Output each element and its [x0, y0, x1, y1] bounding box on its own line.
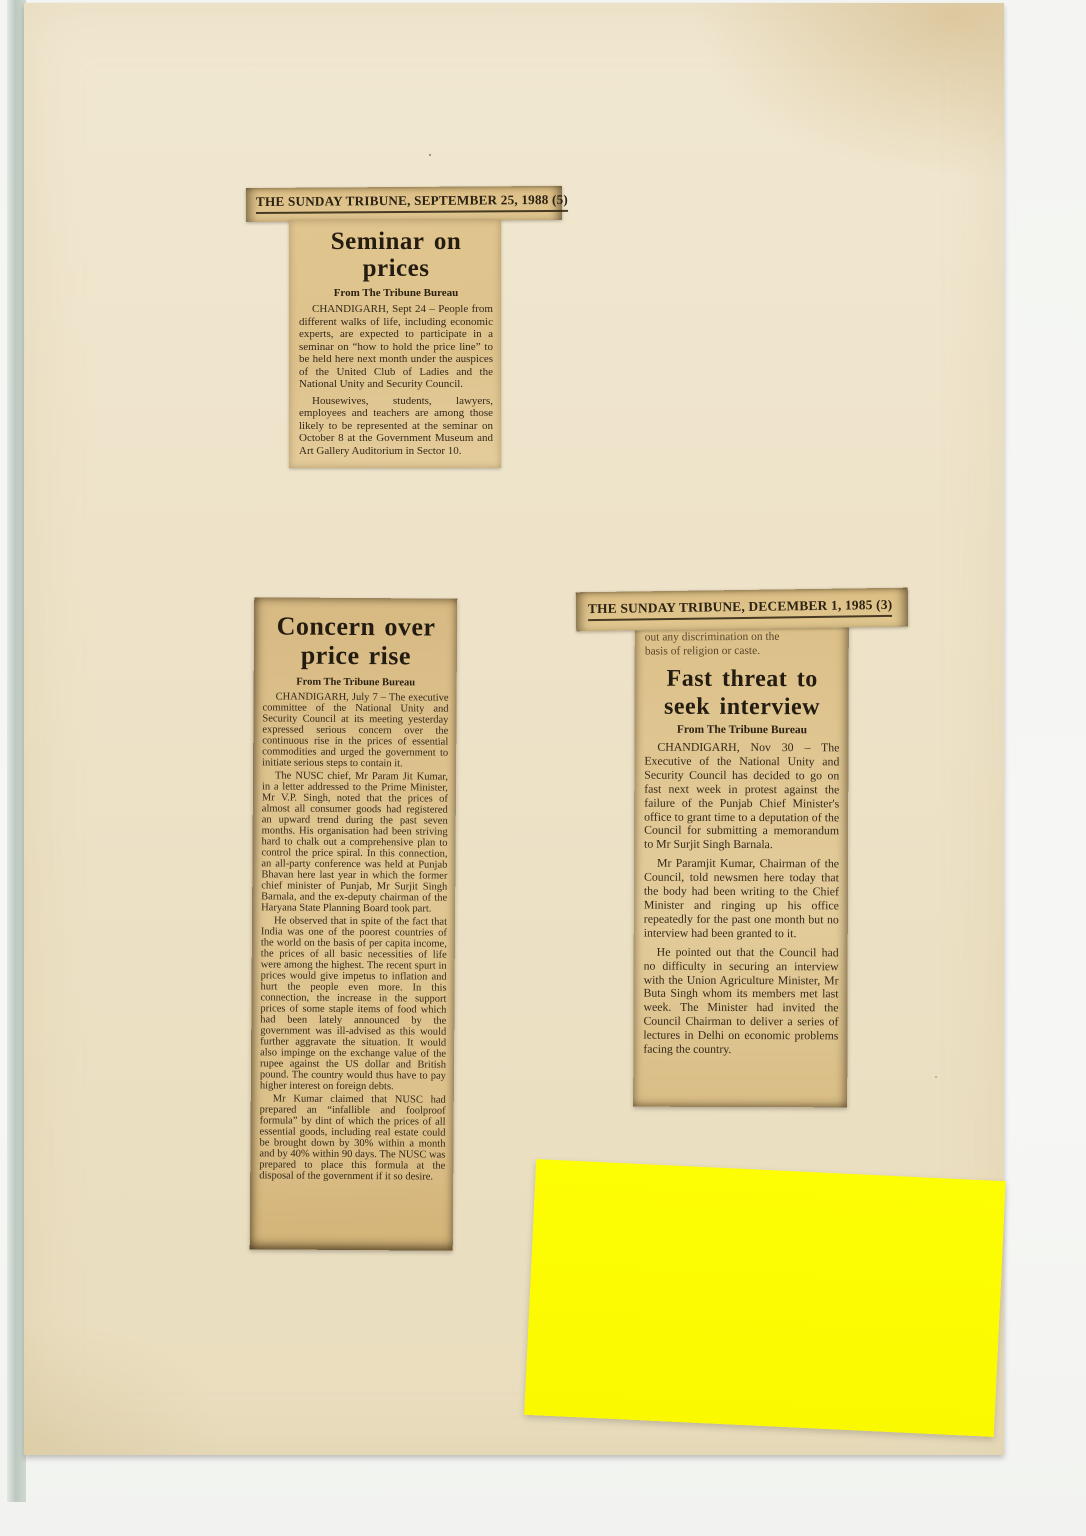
fragment-line: basis of religion or caste. [645, 643, 840, 658]
fragment-line: out any discrimination on the [645, 629, 840, 644]
article-paragraph: Mr Paramjit Kumar, Chairman of the Counc… [644, 857, 839, 941]
article-paragraph: He pointed out that the Council had no d… [643, 945, 838, 1057]
article-fragment: out any discrimination on the basis of r… [645, 629, 840, 658]
clipping-fast-threat-to-seek-interview: out any discrimination on the basis of r… [633, 624, 849, 1108]
masthead-text: THE SUNDAY TRIBUNE, SEPTEMBER 25, 1988 (… [256, 192, 568, 214]
article-paragraph: Mr Kumar claimed that NUSC had prepared … [259, 1093, 446, 1182]
clipping-concern-over-price-rise: Concern over price rise From The Tribune… [250, 597, 458, 1250]
byline: From The Tribune Bureau [263, 676, 449, 688]
article-paragraph: CHANDIGARH, Sept 24 – People from differ… [299, 303, 493, 391]
yellow-note-card [524, 1159, 1006, 1437]
headline-fast-threat-to-seek-interview: Fast threat to seek interview [645, 665, 840, 722]
article-paragraph: CHANDIGARH, July 7 – The executive commi… [262, 691, 449, 769]
headline-concern-over-price-rise: Concern over price rise [263, 611, 449, 670]
masthead-text: THE SUNDAY TRIBUNE, DECEMBER 1, 1985 (3) [588, 597, 893, 621]
headline-seminar-on-prices: Seminar on prices [299, 228, 493, 282]
article-paragraph: CHANDIGARH, Nov 30 – The Executive of th… [644, 741, 839, 853]
article-paragraph: The NUSC chief, Mr Param Jit Kumar, in a… [261, 770, 448, 914]
scanned-album-page: THE SUNDAY TRIBUNE, SEPTEMBER 25, 1988 (… [0, 0, 1086, 1536]
masthead-sunday-tribune-1988: THE SUNDAY TRIBUNE, SEPTEMBER 25, 1988 (… [246, 186, 562, 222]
article-paragraph: He observed that in spite of the fact th… [260, 915, 447, 1092]
article-paragraph: Housewives, students, lawyers, employees… [299, 395, 493, 458]
byline: From The Tribune Bureau [644, 724, 839, 737]
byline: From The Tribune Bureau [299, 287, 493, 299]
masthead-sunday-tribune-1985: THE SUNDAY TRIBUNE, DECEMBER 1, 1985 (3) [576, 588, 909, 632]
clipping-seminar-on-prices: Seminar on prices From The Tribune Burea… [289, 220, 501, 468]
